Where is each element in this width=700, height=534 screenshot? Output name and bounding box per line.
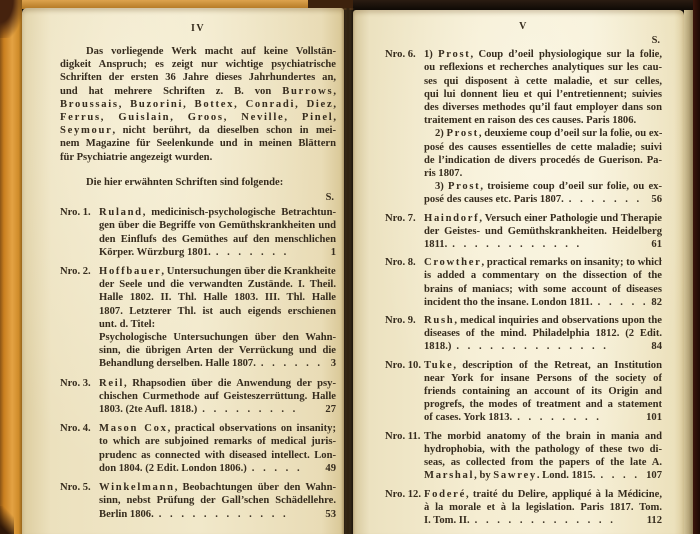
author-name: Marshal [424,470,474,481]
entry-body: Tuke, description of the Retreat, an Ins… [424,359,662,425]
dot-leader: . . . . . . . . . [197,403,324,416]
entry-body: Ruland, medicinisch-psychologische Betra… [99,206,336,259]
text-line: is added a commentary on the dissection … [424,269,662,282]
text-segment: , deuxieme coup d’oeil sur la folie, ou … [479,128,662,139]
author-name: Ferrus [60,112,101,123]
text-line: progrefs, the modes of treatment and a s… [424,398,662,411]
entry-last-line: 1811.. . . . . . . . . . . .61 [424,238,662,251]
text-line: Psychologische Untersuchungen über den W… [99,331,336,344]
page-ref: 1 [324,246,336,259]
text-line: Mason Cox, practical observations on ins… [99,422,336,435]
author-name: Groos [188,112,224,123]
text-segment: und hat mehrere Schriften z. B. von [60,86,282,97]
page-ref: 53 [324,508,336,521]
entry-last-line: posé des causes etc. Paris 1807.. . . . … [424,193,662,206]
entry-last-line: 1818.). . . . . . . . . . . . . .84 [424,340,662,353]
entry-number-label: Nro. 10. [385,359,424,425]
dot-leader: . . . . . . . . . . . . [154,508,324,521]
text-line: diseases of the mind. Philadelphia 1812.… [424,327,662,340]
seite-column-header-left: S. [60,191,336,204]
page-ref: 107 [646,469,662,482]
text-line: Reil, Rhapsodien über die Anwendung der … [99,377,336,390]
entry-last-line: don 1804. (2 Edit. London 1806.). . . . … [99,462,336,475]
entry-number-label: Nro. 7. [385,212,424,252]
author-name: Conradi [246,99,296,110]
text-segment: , practical remarks on insanity; to whic… [482,257,662,268]
page-ref: 112 [647,514,662,527]
page-ref: 56 [650,193,662,206]
entry-number-label: Nro. 4. [60,422,99,475]
author-name: Tuke [424,360,453,371]
author-name: Mason Cox [99,423,168,434]
text-line: I. Tom. II. [424,514,470,527]
text-segment: , Rhapsodien über die Anwendung der psy- [124,378,336,389]
entry-number-label: Nro. 8. [385,256,424,309]
entry-last-line: I. Tom. II.. . . . . . . . . . . . .112 [424,514,662,527]
text-line: of cases. York 1813. [424,411,512,424]
entry-body: The morbid anatomy of the brain in mania… [424,430,662,483]
text-line: ou reflexions et recherches analytiques … [424,61,662,74]
entry-last-line: 1803. (2te Aufl. 1818.). . . . . . . . .… [99,403,336,416]
text-segment: 1) [424,49,438,60]
author-name: Reil [99,378,124,389]
text-segment: , [234,99,245,110]
text-line: Berlin 1806. [99,508,154,521]
author-name: Neville [241,112,284,123]
bibliography-entry: Nro. 9.Rush, medical inquiries and obser… [385,314,662,354]
text-segment: 2) [435,128,446,139]
entry-body: Rush, medical inquiries and observations… [424,314,662,354]
text-line: 1803. (2te Aufl. 1818.) [99,403,197,416]
entry-body: Haindorf, Versuch einer Pathologie und T… [424,212,662,252]
text-line: traitement en raison des ces causes. Par… [424,114,662,127]
text-line: 1807. Letzterer Thl. ist auch eigends er… [99,305,336,318]
entry-body: 1) Prost, Coup d’oeil physiologique sur … [424,48,662,206]
text-segment: , [119,99,130,110]
page-fore-edge-right [684,10,693,534]
text-line: ris 1807. [424,167,662,180]
text-line: Ruland, medicinisch-psychologische Betra… [99,206,336,219]
bibliography-entry: Nro. 2.Hoffbauer, Untersuchungen über di… [60,265,336,371]
author-name: Winkelmann [99,482,175,493]
text-line: Ferrus, Guislain, Groos, Neville, Pinel, [60,111,336,124]
text-line: Haindorf, Versuch einer Pathologie und T… [424,212,662,225]
entry-number-label: Nro. 1. [60,206,99,259]
author-name: Broussais [60,99,119,110]
text-line: Rush, medical inquiries and observations… [424,314,662,327]
entry-last-line: incident tho the insane. London 1811.. .… [424,296,662,309]
author-name: Buzorini [130,99,183,110]
text-line: für Psychiatrie angezeigt wurden. [60,151,336,164]
text-line: digkeit Anspruch; es zeigt nur wichtige … [60,58,336,71]
text-segment: , [170,112,188,123]
text-segment: , traité du Delire, appliqué à la Médici… [466,489,662,500]
text-line: Halle 1802. II. Thl. Halle 1803. III. Th… [99,291,336,304]
text-line: Foderé, traité du Delire, appliqué à la … [424,488,662,501]
book-cover-edge-right [693,0,700,534]
author-name: Prost [446,128,478,139]
text-line: hydrophobia, with the pathology of these… [424,443,662,456]
text-line: Tuke, description of the Retreat, an Ins… [424,359,662,372]
text-line: sinn, nebst Prüfung der Gall’schen Schäd… [99,494,336,507]
entry-number-label: Nro. 9. [385,314,424,354]
text-line: nem Magazine für Seelenkunde und in mein… [60,137,336,150]
text-segment: , [183,99,194,110]
entry-body: Hoffbauer, Untersuchungen über die Krank… [99,265,336,371]
text-line: der Seele und die verwandten Zustände. I… [99,278,336,291]
text-line: prudenc as connected with diseased intel… [99,449,336,462]
text-line: incident tho the insane. London 1811. [424,296,593,309]
book-top-edge-right [353,0,700,10]
text-segment: , [284,112,302,123]
entry-last-line: Marshal, by Sawrey. Lond. 1815.. . . . .… [424,469,662,482]
text-line: posé des causes essentielles de cette ma… [424,141,662,154]
text-line: Das vorliegende Werk macht auf keine Vol… [60,45,336,58]
author-name: Pinel [302,112,333,123]
author-name: Diez [307,99,334,110]
text-segment: , nicht berührt, da dieselben schon in m… [113,125,336,136]
left-page: IV Das vorliegende Werk macht auf keine … [22,8,344,534]
entry-last-line: Körper. Würzburg 1801.. . . . . . .1 [99,246,336,259]
list-subheading: Die hier erwähnten Schriften sind folgen… [60,176,336,189]
author-name: Seymour [60,125,113,136]
text-segment: , by [474,470,493,481]
text-line: Körper. Würzburg 1801. [99,246,211,259]
page-ref: 49 [324,462,336,475]
bibliography-entry: Nro. 8.Crowther, practical remarks on in… [385,256,662,309]
page-ref: 27 [324,403,336,416]
text-segment: , [295,99,306,110]
text-segment: , [333,86,336,97]
entry-number-label: Nro. 6. [385,48,424,206]
book-cover-edge-left [0,0,22,534]
text-line: friends containing an account of its Ori… [424,385,662,398]
entry-body: Crowther, practical remarks on insanity;… [424,256,662,309]
text-segment: , Coup d’oeil physiologique sur la folie… [471,49,662,60]
bibliography-entry: Nro. 1.Ruland, medicinisch-psychologisch… [60,206,336,259]
cover-corner-bottom-left [0,506,14,534]
entry-number-label: Nro. 2. [60,265,99,371]
page-ref: 84 [650,340,662,353]
text-segment: , [333,99,336,110]
author-name: Haindorf [424,213,479,224]
text-line: Behandlung derselben. Halle 1807. [99,357,256,370]
entry-number-label: Nro. 5. [60,481,99,521]
text-line: Winkelmann, Beobachtungen über den Wahn- [99,481,336,494]
dot-leader: . . . . . . [256,357,324,370]
bibliography-entries-right: Nro. 6.1) Prost, Coup d’oeil physiologiq… [385,48,662,527]
text-line: 1) Prost, Coup d’oeil physiologique sur … [424,48,662,61]
text-line: des diverses methodes qu’il faut employe… [424,101,662,114]
text-segment: 3) [435,181,448,192]
text-line: 1811. [424,238,447,251]
author-name: Prost [438,49,470,60]
text-line: don 1804. (2 Edit. London 1806.) [99,462,247,475]
bibliography-entry: Nro. 11.The morbid anatomy of the brain … [385,430,662,483]
text-line: Broussais, Buzorini, Bottex, Conradi, Di… [60,98,336,111]
text-line: to which are subjoined remarks of medica… [99,435,336,448]
entry-last-line: Behandlung derselben. Halle 1807.. . . .… [99,357,336,370]
entry-body: Mason Cox, practical observations on ins… [99,422,336,475]
text-segment: , Beobachtungen über den Wahn- [175,482,336,493]
bibliography-entry: Nro. 3.Reil, Rhapsodien über die Anwendu… [60,377,336,417]
author-name: Bottex [195,99,235,110]
dot-leader: . . . . . . . [564,193,650,206]
text-line: brains of maniacs; with some account of … [424,283,662,296]
page-ref: 61 [650,238,662,251]
text-line: 2) Prost, deuxieme coup d’oeil sur la fo… [424,127,662,140]
author-name: Prost [448,181,480,192]
text-segment: , [224,112,242,123]
bibliography-entry: Nro. 7.Haindorf, Versuch einer Pathologi… [385,212,662,252]
right-page: V S. Nro. 6.1) Prost, Coup d’oeil physio… [353,10,684,534]
text-line: 3) Prost, troisieme coup d’oeil sur foli… [424,180,662,193]
text-segment: , practical observations on insanity; [168,423,336,434]
text-line: sinn, die übrigen Arten der Verrückung u… [99,344,336,357]
dot-leader: . . . . . . . . . . . . [447,238,650,251]
text-line: Seymour, nicht berührt, da dieselben sch… [60,124,336,137]
text-line: 1818.) [424,340,451,353]
author-name: Rush [424,315,454,326]
page-number-right: V [385,20,662,33]
text-line: der Geistes- und Gemüthskrankheiten. Hei… [424,225,662,238]
cover-corner-top-left [0,0,22,38]
text-line: posé des causes etc. Paris 1807. [424,193,564,206]
text-line: qui lui donnent lieu et qui l’entretienn… [424,88,662,101]
text-line: Hoffbauer, Untersuchungen über die Krank… [99,265,336,278]
dot-leader: . . . . . [247,462,324,475]
text-line: à la morale et à la legislation. Paris 1… [424,501,662,514]
text-line: seas, as collected from the papers of th… [424,456,662,469]
entry-body: Reil, Rhapsodien über die Anwendung der … [99,377,336,417]
page-number-left: IV [60,22,336,35]
text-line: de l’indication de divers procedés de Gu… [424,154,662,167]
text-line: unt. d. Titel: [99,318,336,331]
dot-leader: . . . . . . . . [512,411,646,424]
entry-number-label: Nro. 3. [60,377,99,417]
text-line: Crowther, practical remarks on insanity;… [424,256,662,269]
text-line: The morbid anatomy of the brain in mania… [424,430,662,443]
book-gutter [341,8,355,534]
author-name: Guislain [118,112,170,123]
text-segment: , Untersuchungen über die Krankheiten [161,266,336,277]
bibliography-entry: Nro. 10.Tuke, description of the Retreat… [385,359,662,425]
dot-leader: . . . . . [593,296,650,309]
author-name: Foderé [424,489,466,500]
bibliography-entry: Nro. 4.Mason Cox, practical observations… [60,422,336,475]
author-name: Crowther [424,257,482,268]
author-name: Ruland [99,207,143,218]
entry-number-label: Nro. 11. [385,430,424,483]
entry-number-label: Nro. 12. [385,488,424,528]
author-name: Sawrey [493,470,537,481]
author-name: Hoffbauer [99,266,161,277]
dot-leader: . . . . . . . . . . . . . . [451,340,650,353]
book-photo: IV Das vorliegende Werk macht auf keine … [0,0,700,534]
text-segment: , medicinisch-psychologische Betrachtun- [143,207,336,218]
text-line: chischen Curmethode auf Geisteszerrüttun… [99,390,336,403]
text-segment: . Lond. 1815. [537,470,596,481]
entry-body: Winkelmann, Beobachtungen über den Wahn-… [99,481,336,521]
seite-column-header-right: S. [385,34,662,47]
text-segment: , [333,112,336,123]
entry-body: Foderé, traité du Delire, appliqué à la … [424,488,662,528]
text-segment: , Versuch einer Pathologie und Therapie [479,213,662,224]
text-line: near York for insane Persons of the soci… [424,372,662,385]
text-line: Marshal, by Sawrey. Lond. 1815. [424,469,595,482]
dot-leader: . . . . . . [595,469,646,482]
intro-paragraph: Das vorliegende Werk macht auf keine Vol… [60,45,336,164]
page-ref: 3 [324,357,336,370]
text-segment: , description of the Retreat, an Institu… [453,360,662,371]
entry-last-line: of cases. York 1813.. . . . . . . .101 [424,411,662,424]
bibliography-entry: Nro. 5.Winkelmann, Beobachtungen über de… [60,481,336,521]
text-segment: , troisieme coup d’oeil sur folie, ou ex… [480,181,662,192]
entry-last-line: Berlin 1806.. . . . . . . . . . . .53 [99,508,336,521]
text-line: ses qui disposent à cette maladie, et su… [424,75,662,88]
text-line: den Einflufs des Gemüthes auf den mensch… [99,233,336,246]
dot-leader: . . . . . . . . . . . . . [470,514,647,527]
page-ref: 82 [650,296,662,309]
text-line: und hat mehrere Schriften z. B. von Burr… [60,85,336,98]
dot-leader: . . . . . . . [211,246,324,259]
bibliography-entries-left: Nro. 1.Ruland, medicinisch-psychologisch… [60,206,336,520]
text-line: Schriften der ersten 36 Jahre dieses Jah… [60,71,336,84]
author-name: Burrows [282,86,333,97]
text-segment: , medical inquiries and observations upo… [454,315,662,326]
text-line: gen über die Begriffe von Gemüthskrankhe… [99,219,336,232]
page-ref: 101 [646,411,662,424]
bibliography-entry: Nro. 12.Foderé, traité du Delire, appliq… [385,488,662,528]
bibliography-entry: Nro. 6.1) Prost, Coup d’oeil physiologiq… [385,48,662,206]
text-segment: , [101,112,119,123]
